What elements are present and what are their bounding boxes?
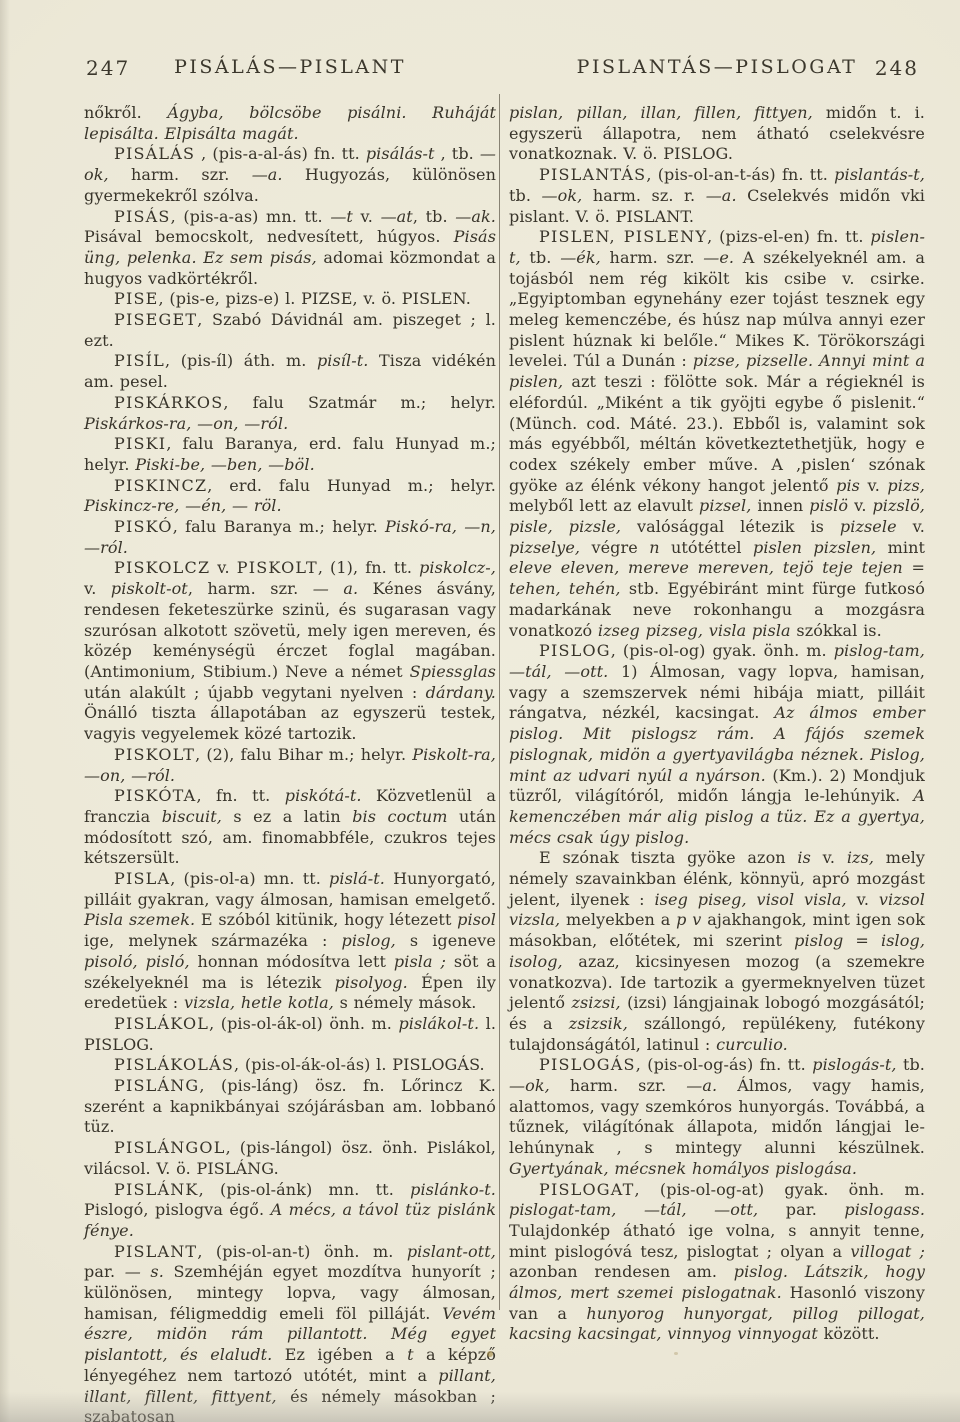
entry-text-run: bis coctum [352,807,447,826]
entry-text-run: pislen pizslen, [753,538,876,557]
entry-text-run: pizsele [840,517,897,536]
entry-text-run: biscuit, [162,807,222,826]
entry-text-run: par. [84,1262,125,1281]
dictionary-entry: PISLÁNK, (pis-ol-ánk) mn. tt. pislánko-t… [84,1180,496,1242]
entry-headword: PISKOLT [114,745,195,764]
entry-text-run: , (pis-a-as) mn. tt. [171,207,331,226]
entry-headword: PISKÓ [114,517,173,536]
entry-text-run: , (pis-ol-ák-ol) önh. m. [209,1014,398,1033]
entry-text-run: pizselye, [509,538,580,557]
entry-headword: PISLÁNG [114,1076,199,1095]
entry-text-run: v. [848,496,872,515]
dictionary-entry: PISLEN, PISLENY, (pizs-el-en) fn. tt. pi… [509,227,925,641]
entry-text-run: —ok, [509,1076,550,1095]
entry-text-run: pisálás-t [366,144,435,163]
entry-text-run: —ak. [455,207,496,226]
entry-headword: PISLA [114,869,170,888]
entry-text-run: —a. [706,186,737,205]
dictionary-entry: PISKINCZ, erd. falu Hunyad m.; helyr. Pi… [84,476,496,517]
running-head-left: PISÁLÁS—PISLANT [84,56,496,78]
column-right-text: pislan, pillan, illan, fillen, fittyen, … [509,103,925,1345]
entry-text-run: pisol [457,910,496,929]
dictionary-entry: PISÍL, (pis-íl) áth. m. pisíl-t. Tisza v… [84,351,496,392]
entry-text-run: , (pis-a-al-ás) fn. tt. [195,144,366,163]
entry-text-run: tb. [897,1055,925,1074]
dictionary-entry: PISKOLCZ v. PISKOLT, (1), fn. tt. piskol… [84,558,496,744]
entry-text-run: pislánko-t. [410,1180,496,1199]
entry-text-run: v. [84,579,111,598]
entry-text-run: piskolt-ot [111,579,188,598]
entry-text-run: E szóból kitünik, hogy létezett [195,910,457,929]
entry-text-run: pislantás-t, [834,165,925,184]
dictionary-entry: PISÁS, (pis-a-as) mn. tt. —t v. —at, tb.… [84,207,496,290]
entry-text-run: villogat ; [850,1242,925,1261]
entry-text-run: pislant-ott, [407,1242,496,1261]
entry-text-run: harm. szr. [550,1076,686,1095]
entry-text-run: , (pizs-el-en) fn. tt. [707,227,870,246]
dictionary-entry: nőkről. Ágyba, bölcsöbe pisálni. Ruháját… [84,103,496,144]
entry-text-run: , (pis-e, pizs-e) l. PIZSE, v. ö. PISLEN… [159,289,471,308]
entry-headword: PISLANTÁS [539,165,646,184]
dictionary-entry: PISLANT, (pis-ol-an-t) önh. m. pislant-o… [84,1242,496,1422]
entry-text-run: —a. [252,165,283,184]
entry-text-run: melyből lett az elavult [509,496,699,515]
dictionary-scan-page: 247 PISÁLÁS—PISLANT nőkről. Ágyba, bölcs… [0,0,960,1422]
entry-text-run: , tb. [435,144,480,163]
entry-text-run: Pisla szemek. [84,910,195,929]
entry-text-run: curculio. [716,1035,788,1054]
entry-text-run: Gyertyának, mécsnek homályos pislogása. [509,1159,857,1178]
entry-text-run: , (1), fn. tt. [318,558,419,577]
entry-text-run: nőkről. [84,103,167,122]
entry-text-run: pislákol-t. [398,1014,479,1033]
entry-headword: PISLÁNGOL [114,1138,226,1157]
dictionary-entry: PISLÁKOL, (pis-ol-ák-ol) önh. m. pisláko… [84,1014,496,1055]
entry-headword: PISKÓTA [114,786,196,805]
entry-headword: PISLÁKOLÁS [114,1055,234,1074]
dictionary-entry: PISLOG, (pis-ol-og) gyak. önh. m. pislog… [509,641,925,848]
entry-text-run: Pisával bemocskolt, nedvesített, húgyos. [84,227,454,246]
entry-text-run: — s. [125,1262,164,1281]
entry-text-run: harm. sz. r. [582,186,705,205]
entry-text-run: v. [847,890,879,909]
entry-text-run: pis [836,476,860,495]
column-right: PISLANTÁS—PISLOGAT 248 pislan, pillan, i… [509,56,925,1345]
entry-headword: PISKOLCZ [114,558,210,577]
entry-text-run: pizsel, [699,496,751,515]
dictionary-entry: PISKÁRKOS, falu Szatmár m.; helyr. Piská… [84,393,496,434]
dictionary-entry: PISE, (pis-e, pizs-e) l. PIZSE, v. ö. PI… [84,289,496,310]
entry-text-run: , (pis-ol-og-at) gyak. önh. m. [635,1180,925,1199]
entry-headword: PISLÁKOL [114,1014,209,1033]
dictionary-entry: E szónak tiszta gyöke azon is v. izs, me… [509,848,925,1055]
entry-text-run: v. [811,848,847,867]
entry-text-run: utótéttel [660,538,753,557]
dictionary-entry: PISLOGÁS, (pis-ol-og-ás) fn. tt. pislogá… [509,1055,925,1179]
entry-text-run: szókkal is. [791,621,882,640]
entry-text-run: harm. szr. [601,248,703,267]
dictionary-entry: PISEGET, Szabó Dávidnál am. piszeget ; l… [84,310,496,351]
entry-text-run: melyekben a [560,910,676,929]
entry-text-run: , erd. falu Hunyad m.; helyr. [207,476,496,495]
entry-text-run: —t [330,207,353,226]
entry-text-run: pislogás-t, [812,1055,896,1074]
entry-text-run: honnan módosítva lett [190,952,394,971]
entry-text-run: par. [758,1200,844,1219]
entry-headword: PISE [114,289,159,308]
entry-text-run: harm. szr. [109,165,252,184]
entry-headword: PISEGET [114,310,197,329]
entry-text-run: , (pis-ol-an-t-ás) fn. tt. [646,165,834,184]
entry-text-run: s igeneve [396,931,496,950]
entry-text-run: Piski-be, —ben, —böl. [135,455,315,474]
dictionary-entry: PISLANTÁS, (pis-ol-an-t-ás) fn. tt. pisl… [509,165,925,227]
entry-text-run: pislog, [342,931,396,950]
entry-text-run: E szónak tiszta gyöke azon [539,848,797,867]
entry-text-run: iseg piseg, visol visla, [654,890,846,909]
entry-headword: PISKOLT [237,558,318,577]
dictionary-entry: pislan, pillan, illan, fillen, fittyen, … [509,103,925,165]
entry-text-run: — a. [313,579,358,598]
page-number-left: 247 [86,56,130,80]
entry-headword: PISLOGAT [539,1180,635,1199]
entry-headword: PISÁS [114,207,171,226]
entry-text-run: , (pis-ol-og) gyak. önh. m. [611,641,834,660]
dictionary-entry: PISKÓTA, fn. tt. piskótá-t. Közvetlenül … [84,786,496,869]
entry-headword: PISLÁNK [114,1180,199,1199]
entry-text-run: piskótá-t. [285,786,362,805]
dictionary-entry: PISLA, (pis-ol-a) mn. tt. pislá-t. Hunyo… [84,869,496,1014]
entry-text-run: v. [860,476,887,495]
entry-text-run: —ok, [542,186,583,205]
entry-text-run: Pislogó, pislogva égő. [84,1200,271,1219]
entry-text-run: , falu Baranya m.; helyr. [173,517,385,536]
entry-text-run: tb. [509,186,542,205]
entry-text-run: v. [210,558,236,577]
entry-text-run: , (pis-ol-ák-ol-ás) l. PISLOGÁS. [234,1055,485,1074]
entry-text-run: is [797,848,811,867]
column-left-text: nőkről. Ágyba, bölcsöbe pisálni. Ruháját… [84,103,496,1422]
entry-text-run: p v [676,910,701,929]
entry-text-run: zsizsi, [571,993,620,1012]
entry-text-run: , fn. tt. [196,786,284,805]
entry-text-run: tb. [521,248,560,267]
entry-text-run: s ez a latin [222,807,352,826]
entry-text-run: mint [876,538,925,557]
column-divider-rule [499,94,500,1310]
entry-text-run: piskolcz-, [419,558,496,577]
entry-text-run: Ez igében a [272,1345,407,1364]
entry-text-run: —e. [703,248,734,267]
entry-text-run: —at [381,207,413,226]
entry-text-run: v. [353,207,381,226]
dictionary-entry: PISÁLÁS , (pis-a-al-ás) fn. tt. pisálás-… [84,144,496,206]
entry-headword: PISLEN, PISLENY [539,227,707,246]
entry-text-run: , falu Szatmár m.; helyr. [223,393,496,412]
entry-text-run: s némely mások. [334,993,476,1012]
running-head-right: PISLANTÁS—PISLOGAT [509,56,925,78]
entry-text-run: között. [818,1324,880,1343]
column-right-header: PISLANTÁS—PISLOGAT 248 [509,56,925,82]
entry-text-run: , (pis-ol-a) mn. tt. [170,869,329,888]
dictionary-entry: PISKÓ, falu Baranya m.; helyr. Piskó-ra,… [84,517,496,558]
entry-text-run: —ék, [560,248,601,267]
entry-headword: PISLANT [114,1242,197,1261]
entry-text-run: , (pis-íl) áth. m. [165,351,317,370]
entry-text-run: Önálló tiszta állapotában az egyszerü te… [84,703,496,743]
entry-text-run: vizsla, hetle kotla, [184,993,334,1012]
entry-text-run: pizs, [887,476,925,495]
scan-speck-faint [674,1352,678,1355]
entry-text-run: —a. [686,1076,717,1095]
entry-text-run: zsizsik, [569,1014,628,1033]
entry-text-run: pisoló, pisló, [84,952,190,971]
entry-text-run: , (pis-ol-og-ás) fn. tt. [636,1055,813,1074]
dictionary-entry: PISKOLT, (2), falu Bihar m.; helyr. Pisk… [84,745,496,786]
entry-text-run: , tb. [413,207,455,226]
entry-text-run: , (2), falu Bihar m.; helyr. [195,745,412,764]
entry-text-run: , (pis-ol-an-t) önh. m. [197,1242,407,1261]
entry-text-run: izs, [847,848,874,867]
page-number-right: 248 [875,56,919,80]
entry-text-run: pislogat-tam, —tál, —ott, [509,1200,758,1219]
entry-text-run: dárdany. [426,683,496,702]
column-left-header: 247 PISÁLÁS—PISLANT [84,56,496,82]
entry-text-run: után alakúlt ; újabb vegytani nyelven : [84,683,426,702]
entry-text-run: pisolyog. [335,973,408,992]
entry-text-run: pislan, pillan, illan, fillen, fittyen, [509,103,813,122]
entry-headword: PISLOGÁS [539,1055,636,1074]
dictionary-entry: PISKI, falu Baranya, erd. falu Hunyad m.… [84,434,496,475]
entry-headword: PISKI [114,434,166,453]
dictionary-entry: PISLÁNG, (pis-láng) ösz. fn. Lőrincz K. … [84,1076,496,1138]
entry-text-run: n [649,538,659,557]
entry-text-run: pisla ; [394,952,446,971]
entry-text-run: Piskincz-re, —én, — röl. [84,496,282,515]
entry-headword: PISKÁRKOS [114,393,223,412]
entry-text-run: pisíl-t. [317,351,369,370]
entry-text-run: azonban rendesen am. [509,1262,734,1281]
entry-text-run: izseg pizseg, visla pisla [598,621,791,640]
entry-text-run: innen [751,496,809,515]
entry-text-run: pislogass. [844,1200,925,1219]
entry-text-run: végre [580,538,649,557]
scan-speck [487,1351,493,1357]
entry-text-run: Piskárkos-ra, —on, —ról. [84,414,288,433]
entry-text-run: v. [897,517,925,536]
entry-text-run: ige, melynek származéka : [84,931,342,950]
dictionary-entry: PISLOGAT, (pis-ol-og-at) gyak. önh. m. p… [509,1180,925,1346]
entry-text-run: pislö [809,496,848,515]
entry-text-run: , (pis-ol-ánk) mn. tt. [199,1180,411,1199]
entry-text-run: valósággal létezik is [621,517,840,536]
entry-text-run: pislá-t. [329,869,385,888]
entry-text-run: Spiessglas [410,662,496,681]
column-left: 247 PISÁLÁS—PISLANT nőkről. Ágyba, bölcs… [84,56,496,1422]
entry-headword: PISÁLÁS [114,144,195,163]
entry-headword: PISKINCZ [114,476,207,495]
entry-headword: PISLOG [539,641,611,660]
dictionary-entry: PISLÁNGOL, (pis-lángol) ösz. önh. Pislák… [84,1138,496,1179]
dictionary-entry: PISLÁKOLÁS, (pis-ol-ák-ol-ás) l. PISLOGÁ… [84,1055,496,1076]
entry-headword: PISÍL [114,351,165,370]
entry-text-run: , harm. szr. [188,579,313,598]
